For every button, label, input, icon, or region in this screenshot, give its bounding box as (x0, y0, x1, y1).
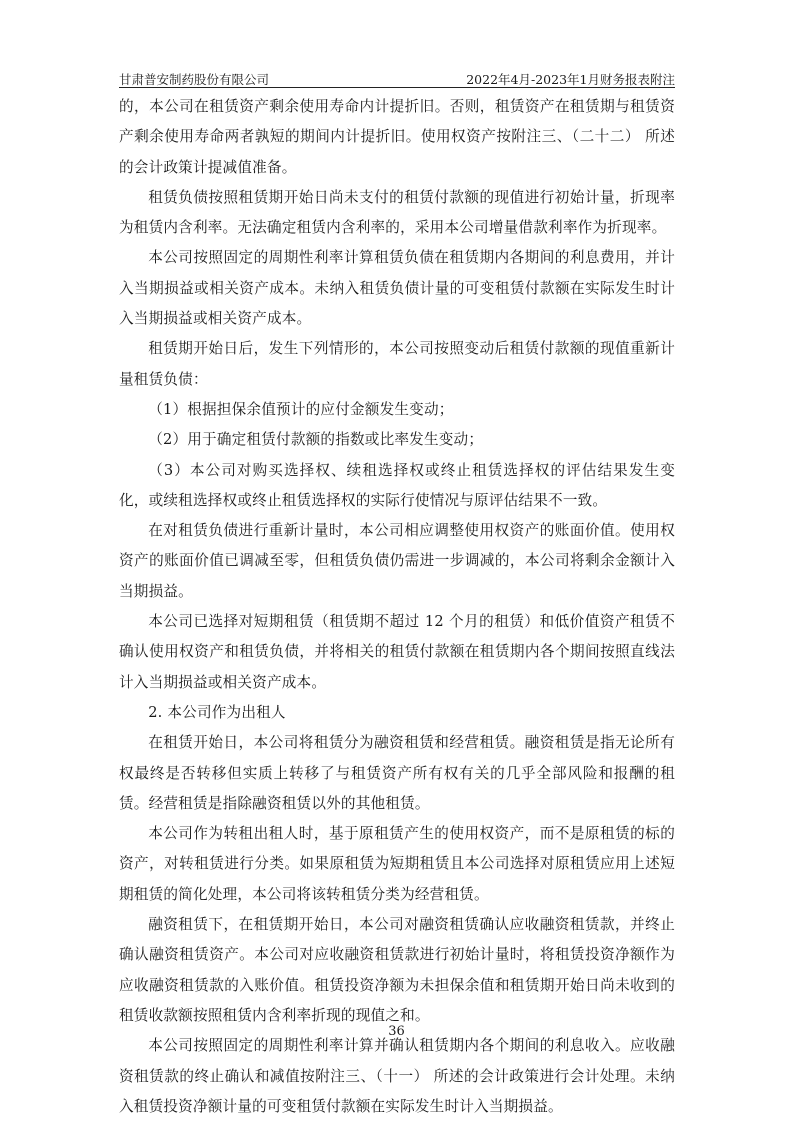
page-footer: 36 (0, 1024, 793, 1039)
paragraph-interest-expense: 本公司按照固定的周期性利率计算租赁负债在租赁期内各期间的利息费用，并计入当期损益… (119, 243, 675, 334)
section-heading-lessor: 2. 本公司作为出租人 (119, 698, 675, 728)
paragraph-interest-income: 本公司按照固定的周期性利率计算并确认租赁期内各个期间的利息收入。应收融资租赁款的… (119, 1031, 675, 1122)
report-title: 2022年4月-2023年1月财务报表附注 (466, 70, 675, 88)
paragraph-continuation: 的，本公司在租赁资产剩余使用寿命内计提折旧。否则，租赁资产在租赁期与租赁资产剩余… (119, 92, 675, 183)
page-number: 36 (388, 1024, 405, 1039)
paragraph-remeasurement-adjust: 在对租赁负债进行重新计量时，本公司相应调整使用权资产的账面价值。使用权资产的账面… (119, 516, 675, 607)
list-item-3: （3）本公司对购买选择权、续租选择权或终止租赁选择权的评估结果发生变化，或续租选… (119, 456, 675, 517)
company-name: 甘肃普安制药股份有限公司 (119, 70, 269, 88)
list-item-1: （1）根据担保余值预计的应付金额发生变动； (119, 395, 675, 425)
paragraph-lease-classification: 在租赁开始日，本公司将租赁分为融资租赁和经营租赁。融资租赁是指无论所有权最终是否… (119, 728, 675, 819)
document-body: 的，本公司在租赁资产剩余使用寿命内计提折旧。否则，租赁资产在租赁期与租赁资产剩余… (119, 92, 675, 1122)
paragraph-lease-liability-initial: 租赁负债按照租赁期开始日尚未支付的租赁付款额的现值进行初始计量，折现率为租赁内含… (119, 183, 675, 244)
paragraph-remeasurement-intro: 租赁期开始日后，发生下列情形的，本公司按照变动后租赁付款额的现值重新计量租赁负债… (119, 334, 675, 395)
list-item-2: （2）用于确定租赁付款额的指数或比率发生变动； (119, 425, 675, 455)
page-header: 甘肃普安制药股份有限公司 2022年4月-2023年1月财务报表附注 (119, 69, 675, 88)
paragraph-finance-lease: 融资租赁下，在租赁期开始日，本公司对融资租赁确认应收融资租赁款，并终止确认融资租… (119, 910, 675, 1031)
paragraph-sublease: 本公司作为转租出租人时，基于原租赁产生的使用权资产，而不是原租赁的标的资产，对转… (119, 819, 675, 910)
paragraph-short-term-lease: 本公司已选择对短期租赁（租赁期不超过 12 个月的租赁）和低价值资产租赁不确认使… (119, 607, 675, 698)
